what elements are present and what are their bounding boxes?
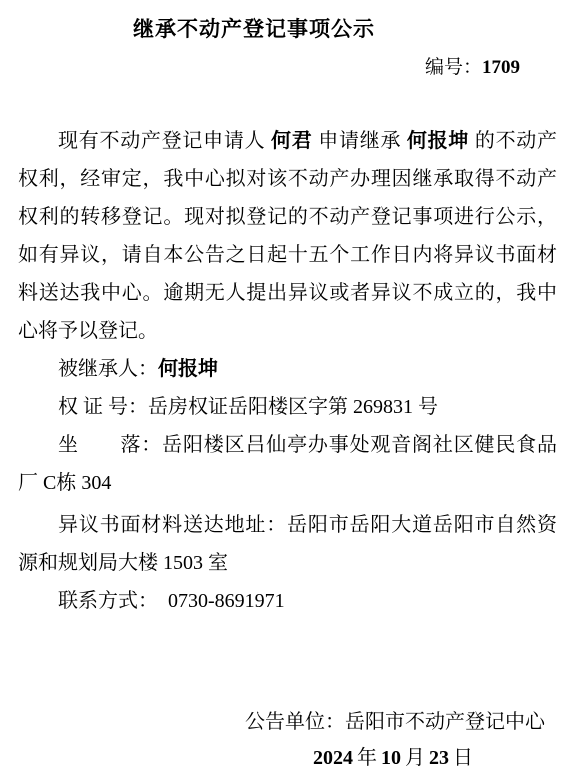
footer-unit-name: 岳阳市不动产登记中心 — [345, 711, 545, 733]
field-location: 坐 落：岳阳楼区吕仙亭办事处观音阁社区健民食品厂 C栋 304 — [18, 426, 557, 502]
field-decedent: 被继承人：何报坤 — [18, 350, 557, 388]
footer-unit-line: 公告单位：岳阳市不动产登记中心 — [245, 704, 545, 740]
field-cert-no: 权 证 号：岳房权证岳阳楼区字第 269831 号 — [18, 388, 557, 426]
field-cert-no-value: 岳房权证岳阳楼区字第 269831 号 — [148, 396, 438, 418]
body-text-1: 现有不动产登记申请人 — [58, 130, 271, 152]
footer-unit-label: 公告单位： — [245, 711, 345, 733]
footer-date-year-unit: 年 — [357, 747, 377, 769]
decedent-name: 何报坤 — [407, 130, 469, 152]
doc-number-line: 编号：1709 — [18, 56, 557, 80]
footer-date-month: 10 — [381, 747, 401, 769]
body-text-2: 申请继承 — [313, 130, 407, 152]
doc-number-value: 1709 — [482, 57, 520, 78]
footer-date-day: 23 — [429, 747, 449, 769]
body-text-3: 的不动产权利，经审定，我中心拟对该不动产办理因继承取得不动产权利的转移登记。现对… — [18, 130, 557, 342]
objection-address-line: 异议书面材料送达地址：岳阳市岳阳大道岳阳市自然资源和规划局大楼 1503 室 — [18, 506, 557, 582]
footer-date-year: 2024 — [313, 747, 353, 769]
field-location-label: 坐 落： — [58, 434, 162, 456]
footer-date-line: 2024年10月23日 — [245, 740, 545, 776]
field-decedent-label: 被继承人： — [58, 358, 158, 380]
footer-date-day-unit: 日 — [453, 747, 473, 769]
field-cert-no-label: 权 证 号： — [58, 396, 148, 418]
footer: 公告单位：岳阳市不动产登记中心 2024年10月23日 — [245, 704, 545, 776]
document-title: 继承不动产登记事项公示 — [18, 14, 490, 46]
applicant-name: 何君 — [271, 130, 312, 152]
body-paragraph: 现有不动产登记申请人 何君 申请继承 何报坤 的不动产权利，经审定，我中心拟对该… — [18, 122, 557, 350]
field-decedent-value: 何报坤 — [158, 358, 218, 380]
doc-number-label: 编号： — [425, 57, 482, 78]
notice-document: 继承不动产登记事项公示 编号：1709 现有不动产登记申请人 何君 申请继承 何… — [0, 0, 577, 777]
footer-date-month-unit: 月 — [405, 747, 425, 769]
contact-line: 联系方式：0730-8691971 — [18, 582, 557, 620]
objection-address-label: 异议书面材料送达地址： — [58, 514, 287, 536]
contact-value: 0730-8691971 — [168, 590, 285, 612]
contact-label: 联系方式： — [58, 590, 158, 612]
